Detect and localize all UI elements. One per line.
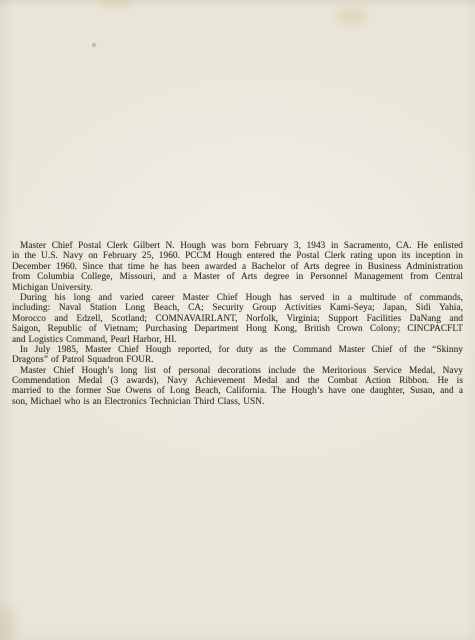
text-line: Master Chief Hough’s long list of person… — [12, 366, 463, 376]
paper-speck — [92, 43, 96, 47]
text-line: son, Michael who is an Electronics Techn… — [12, 397, 463, 407]
scanned-page: Master Chief Postal Clerk Gilbert N. Hou… — [0, 0, 475, 640]
text-line: Dragons” of Patrol Squadron FOUR. — [12, 355, 463, 365]
text-line: During his long and varied career Master… — [12, 293, 463, 303]
paragraph-squadron: In July 1985, Master Chief Hough reporte… — [12, 345, 463, 366]
text-line: in the U.S. Navy on February 25, 1960. P… — [12, 251, 463, 261]
paragraph-birth-education: Master Chief Postal Clerk Gilbert N. Hou… — [12, 241, 463, 293]
paper-smudge — [336, 6, 366, 26]
text-line: married to the former Sue Owens of Long … — [12, 386, 463, 396]
text-line: In July 1985, Master Chief Hough reporte… — [12, 345, 463, 355]
text-line: Master Chief Postal Clerk Gilbert N. Hou… — [12, 241, 463, 251]
text-line: Michigan University. — [12, 283, 463, 293]
text-line: from Columbia College, Missouri, and a M… — [12, 272, 463, 282]
paragraph-decorations-family: Master Chief Hough’s long list of person… — [12, 366, 463, 408]
text-line: including: Naval Station Long Beach, CA;… — [12, 303, 463, 313]
paragraph-commands: During his long and varied career Master… — [12, 293, 463, 345]
text-line: Commendation Medal (3 awards), Navy Achi… — [12, 376, 463, 386]
paper-smudge — [0, 606, 16, 640]
biography-text-block: Master Chief Postal Clerk Gilbert N. Hou… — [12, 241, 463, 407]
text-line: December 1960. Since that time he has be… — [12, 262, 463, 272]
text-line: Morocco and Edzell, Scotland; COMNAVAIRL… — [12, 314, 463, 324]
paper-smudge — [98, 0, 132, 8]
text-line: Saigon, Republic of Vietnam; Purchasing … — [12, 324, 463, 334]
text-line: and Logistics Command, Pearl Harbor, HI. — [12, 335, 463, 345]
